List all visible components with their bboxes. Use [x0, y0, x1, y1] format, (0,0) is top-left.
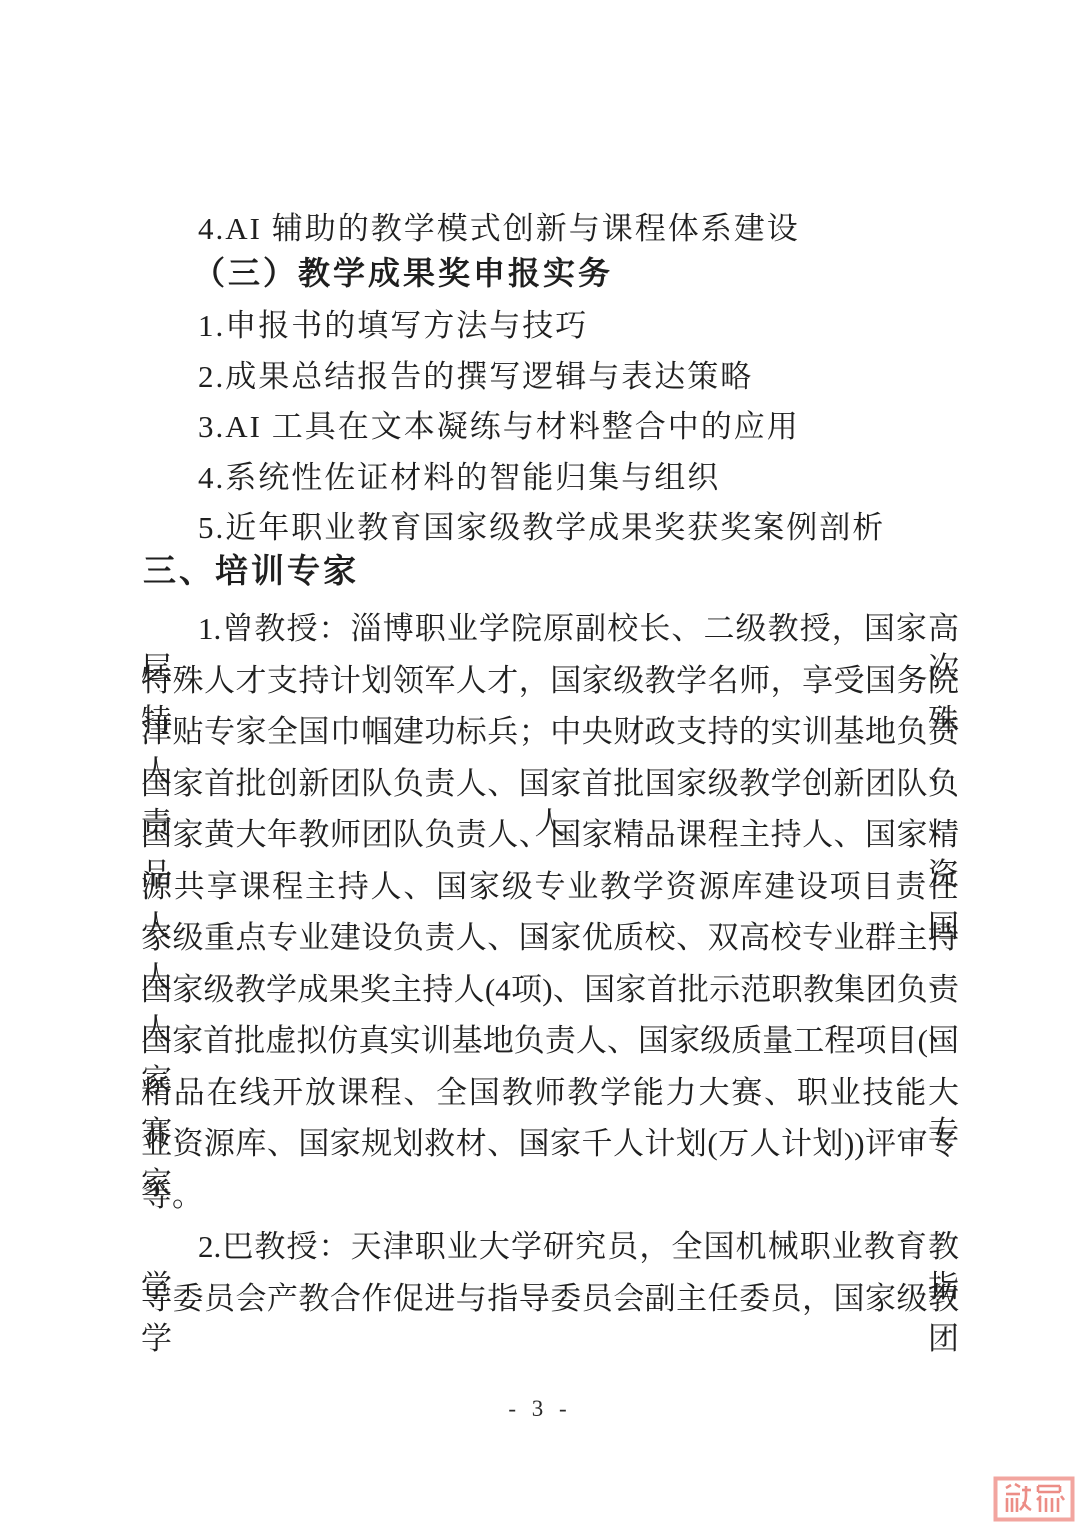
paragraph-line: 国家首批创新团队负责人、国家首批国家级教学创新团队负责人、 — [141, 764, 959, 804]
paragraph-line: 1.曾教授：淄博职业学院原副校长、二级教授，国家高层次 — [141, 609, 959, 649]
paragraph-line: 导委员会产教合作促进与指导委员会副主任委员，国家级教学团 — [141, 1279, 959, 1319]
paragraph-line: 业资源库、国家规划救材、国家千人计划(万人计划))评审专家 — [141, 1124, 959, 1164]
paragraph-line: 特殊人才支持计划领军人才，国家级教学名师，享受国务院特殊 — [141, 661, 959, 701]
paragraph-line: 精品在线开放课程、全国教师教学能力大赛、职业技能大赛、专 — [141, 1073, 959, 1113]
page-number: - 3 - — [0, 1396, 1080, 1422]
paragraph-line: 家级重点专业建设负责人、国家优质校、双高校专业群主持人、 — [141, 918, 959, 958]
paragraph-line: 津贴专家全国巾帼建功标兵；中央财政支持的实训基地负责人、 — [141, 712, 959, 752]
paragraph-line: 国家黄大年教师团队负责人、国家精品课程主持人、国家精品资 — [141, 815, 959, 855]
paragraph-line: 源共享课程主持人、国家级专业教学资源库建设项目责任人、国 — [141, 867, 959, 907]
paragraph-line: 等。 — [141, 1176, 959, 1216]
paragraph-line: 国家级教学成果奖主持人(4项)、国家首批示范职教集团负责人、 — [141, 970, 959, 1010]
document-page: 4.AI 辅助的教学模式创新与课程体系建设 （三）教学成果奖申报实务 1.申报书… — [0, 0, 1080, 1527]
outline-item: 2.成果总结报告的撰写逻辑与表达策略 — [198, 357, 959, 397]
outline-item: 1.申报书的填写方法与技巧 — [198, 306, 959, 346]
section-heading: 三、培训专家 — [143, 551, 961, 591]
outline-item: 3.AI 工具在文本凝练与材料整合中的应用 — [198, 407, 959, 447]
red-seal-watermark-icon — [993, 1476, 1075, 1522]
outline-item: 4.AI 辅助的教学模式创新与课程体系建设 — [198, 209, 959, 249]
paragraph-line: 2.巴教授：天津职业大学研究员，全国机械职业教育教学指 — [141, 1227, 959, 1267]
subsection-heading: （三）教学成果奖申报实务 — [193, 253, 959, 293]
outline-item: 5.近年职业教育国家级教学成果奖获奖案例剖析 — [198, 508, 959, 548]
paragraph-line: 国家首批虚拟仿真实训基地负责人、国家级质量工程项目(国家 — [141, 1021, 959, 1061]
outline-item: 4.系统性佐证材料的智能归集与组织 — [198, 458, 959, 498]
